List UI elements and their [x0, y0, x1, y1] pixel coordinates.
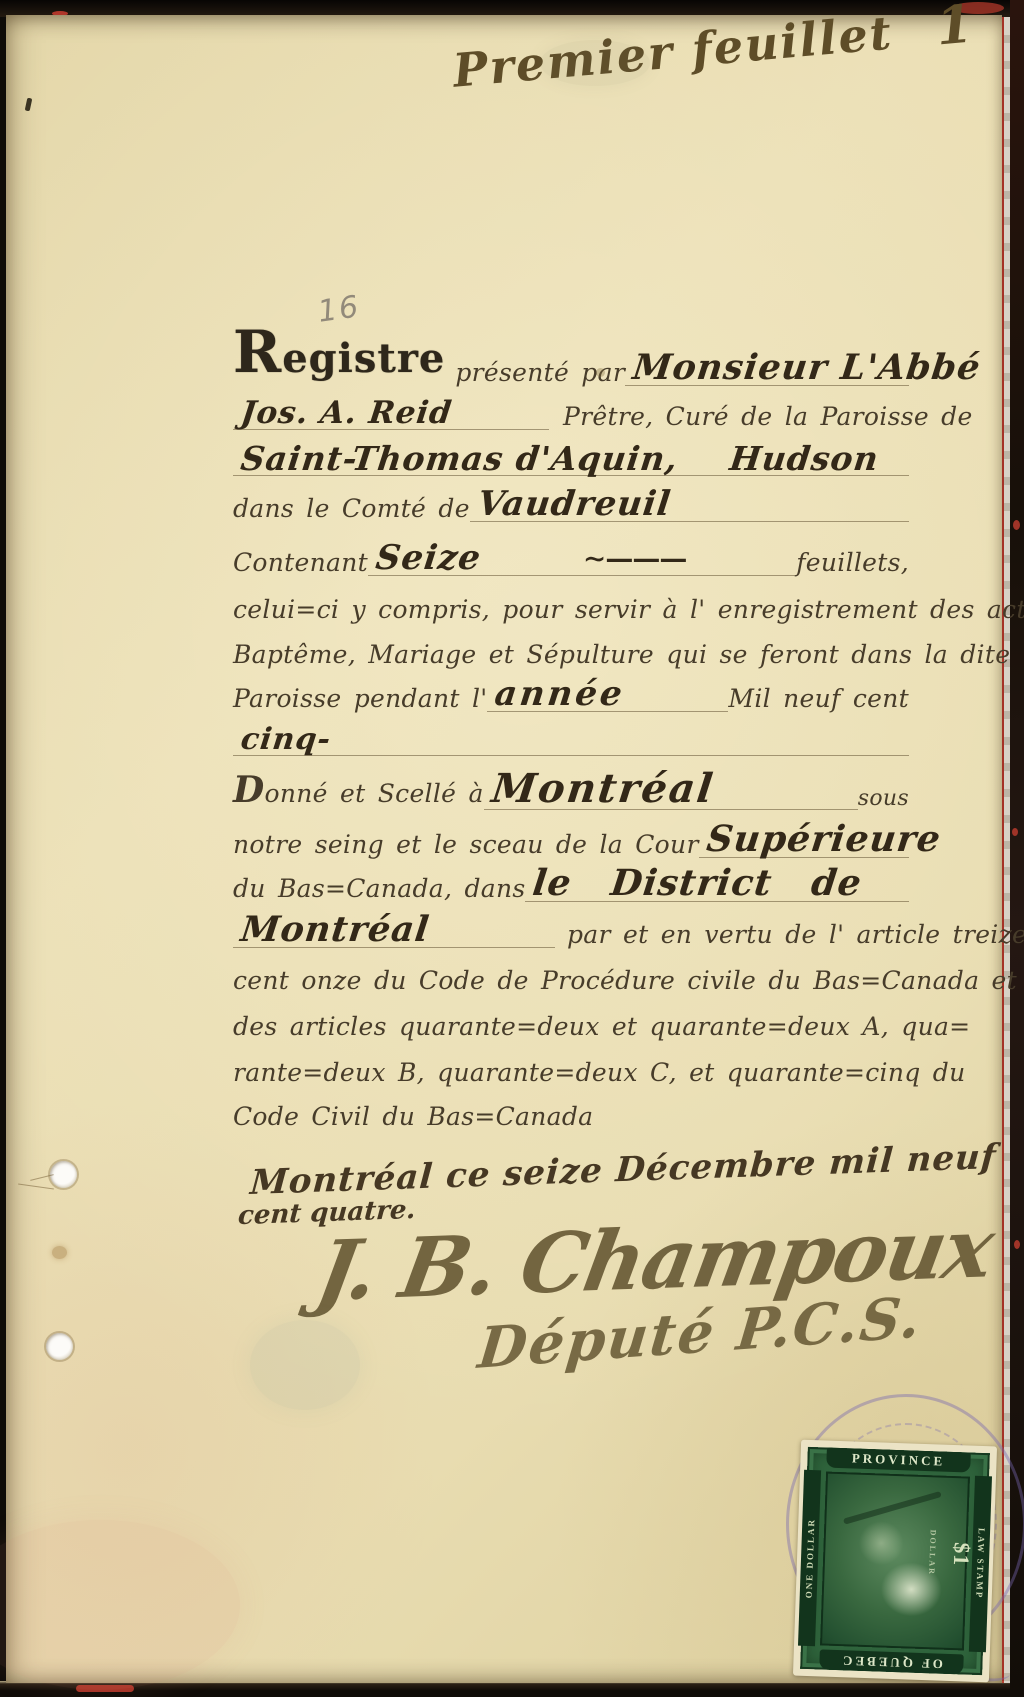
printed-text: feuillets,	[796, 550, 909, 576]
handwritten-entry: le District de	[531, 865, 864, 901]
ruled-blank: Seize ∼———	[368, 529, 796, 576]
stain	[540, 40, 650, 86]
form-line: Jos. A. Reid Prêtre, Curé de la Paroisse…	[233, 384, 909, 430]
handwritten-entry: Hudson	[728, 442, 881, 475]
handwritten-entry: Montréal	[239, 912, 432, 947]
quebec-law-revenue-stamp: PROVINCE OF QUEBEC ONE DOLLAR LAW STAMP …	[793, 1440, 997, 1683]
handwritten-entry: année	[493, 677, 627, 711]
handwritten-entry: Saint-Thomas d'Aquin,	[239, 442, 680, 475]
printed-text: sous	[858, 787, 909, 810]
form-line: Saint-Thomas d'Aquin, Hudson	[233, 430, 909, 476]
handwritten-entry: Jos. A. Reid	[239, 398, 454, 429]
marble-fleck	[1014, 1240, 1020, 1249]
stamp-bottom-label: OF QUEBEC	[819, 1649, 964, 1674]
form-line: Montréal par et en vertu de l' article t…	[233, 902, 909, 948]
ruled-blank: le District de	[525, 855, 909, 902]
printed-text: des articles quarante=deux et quarante=d…	[233, 1014, 970, 1040]
stamp-denomination-word: DOLLAR	[927, 1530, 938, 1577]
form-line: des articles quarante=deux et quarante=d…	[233, 994, 909, 1040]
stain	[250, 1320, 360, 1410]
punch-hole	[50, 1161, 77, 1188]
printed-text: celui=ci y compris, pour servir à l' enr…	[233, 597, 1024, 623]
folio-number: 1	[934, 0, 977, 57]
stain	[52, 1246, 67, 1259]
printed-text: cent onze du Code de Procédure civile du…	[233, 968, 1017, 994]
registre-heading: Registre	[233, 318, 445, 386]
form-line: Code Civil du Bas=Canada	[233, 1084, 909, 1130]
ink-flourish: ∼———	[481, 542, 788, 575]
handwritten-entry: Supérieure	[704, 821, 942, 857]
form-line: Baptême, Mariage et Sépulture qui se fer…	[233, 622, 909, 668]
printed-text: rante=deux B, quarante=deux C, et quaran…	[233, 1060, 965, 1086]
ruled-blank: Vaudreuil	[470, 475, 909, 522]
marble-fleck	[1013, 520, 1020, 530]
stamp-left-text: ONE DOLLAR	[803, 1518, 816, 1599]
form-line: rante=deux B, quarante=deux C, et quaran…	[233, 1040, 909, 1086]
ruled-blank: Supérieure	[699, 811, 909, 858]
ruled-blank: Montréal	[233, 901, 485, 948]
ruled-blank: Saint-Thomas d'Aquin, Hudson	[233, 429, 909, 476]
printed-text: Contenant	[233, 550, 368, 576]
form-line: dans le Comté de Vaudreuil	[233, 476, 909, 522]
printed-text: par et en vertu de l' article treize	[567, 922, 1024, 948]
form-line: notre seing et le sceau de la Cour Supér…	[233, 812, 909, 858]
ruled-blank	[485, 901, 555, 948]
ruled-blank: année	[487, 665, 728, 712]
form-line: du Bas=Canada, dans le District de	[233, 856, 909, 902]
punch-hole	[46, 1333, 73, 1360]
handwritten-entry: Montréal	[489, 769, 716, 809]
ruled-blank: cinq-	[233, 709, 909, 756]
stamp-denomination: $1	[948, 1542, 975, 1567]
form-line: Registre présenté par Monsieur L'Abbé	[233, 330, 909, 386]
form-line: cinq-	[233, 710, 909, 756]
form-line: cent onze du Code de Procédure civile du…	[233, 948, 909, 994]
form-line: Donné et Scellé à Montréal sous	[233, 758, 909, 810]
ruled-blank: Monsieur L'Abbé	[625, 329, 909, 386]
printed-text: Prêtre, Curé de la Paroisse de	[563, 404, 973, 430]
marble-fleck	[1012, 828, 1018, 836]
printed-text: Code Civil du Bas=Canada	[233, 1104, 593, 1130]
printed-text: du Bas=Canada, dans	[233, 876, 525, 902]
form-line: Paroisse pendant l' année Mil neuf cent	[233, 666, 909, 712]
printed-text: dans le Comté de	[233, 496, 470, 522]
form-line: celui=ci y compris, pour servir à l' enr…	[233, 577, 909, 623]
form-line: Contenant Seize ∼——— feuillets,	[233, 530, 909, 576]
ruled-blank: Montréal	[484, 757, 858, 810]
stain	[596, 368, 605, 377]
register-page-photo: Premier feuillet 1 16 Registre présenté …	[0, 0, 1024, 1697]
handwritten-entry: Monsieur L'Abbé	[631, 350, 983, 385]
handwritten-entry: Vaudreuil	[476, 487, 673, 521]
stamp-right-text: LAW STAMP	[974, 1528, 986, 1600]
handwritten-entry: cinq-	[239, 725, 333, 755]
vignette-streak	[843, 1491, 942, 1525]
handwritten-entry: Seize	[374, 541, 483, 575]
cover-marbled-edge	[1010, 0, 1024, 1697]
ruled-blank: Jos. A. Reid	[233, 383, 549, 430]
printed-text: Donné et Scellé à	[233, 772, 484, 810]
